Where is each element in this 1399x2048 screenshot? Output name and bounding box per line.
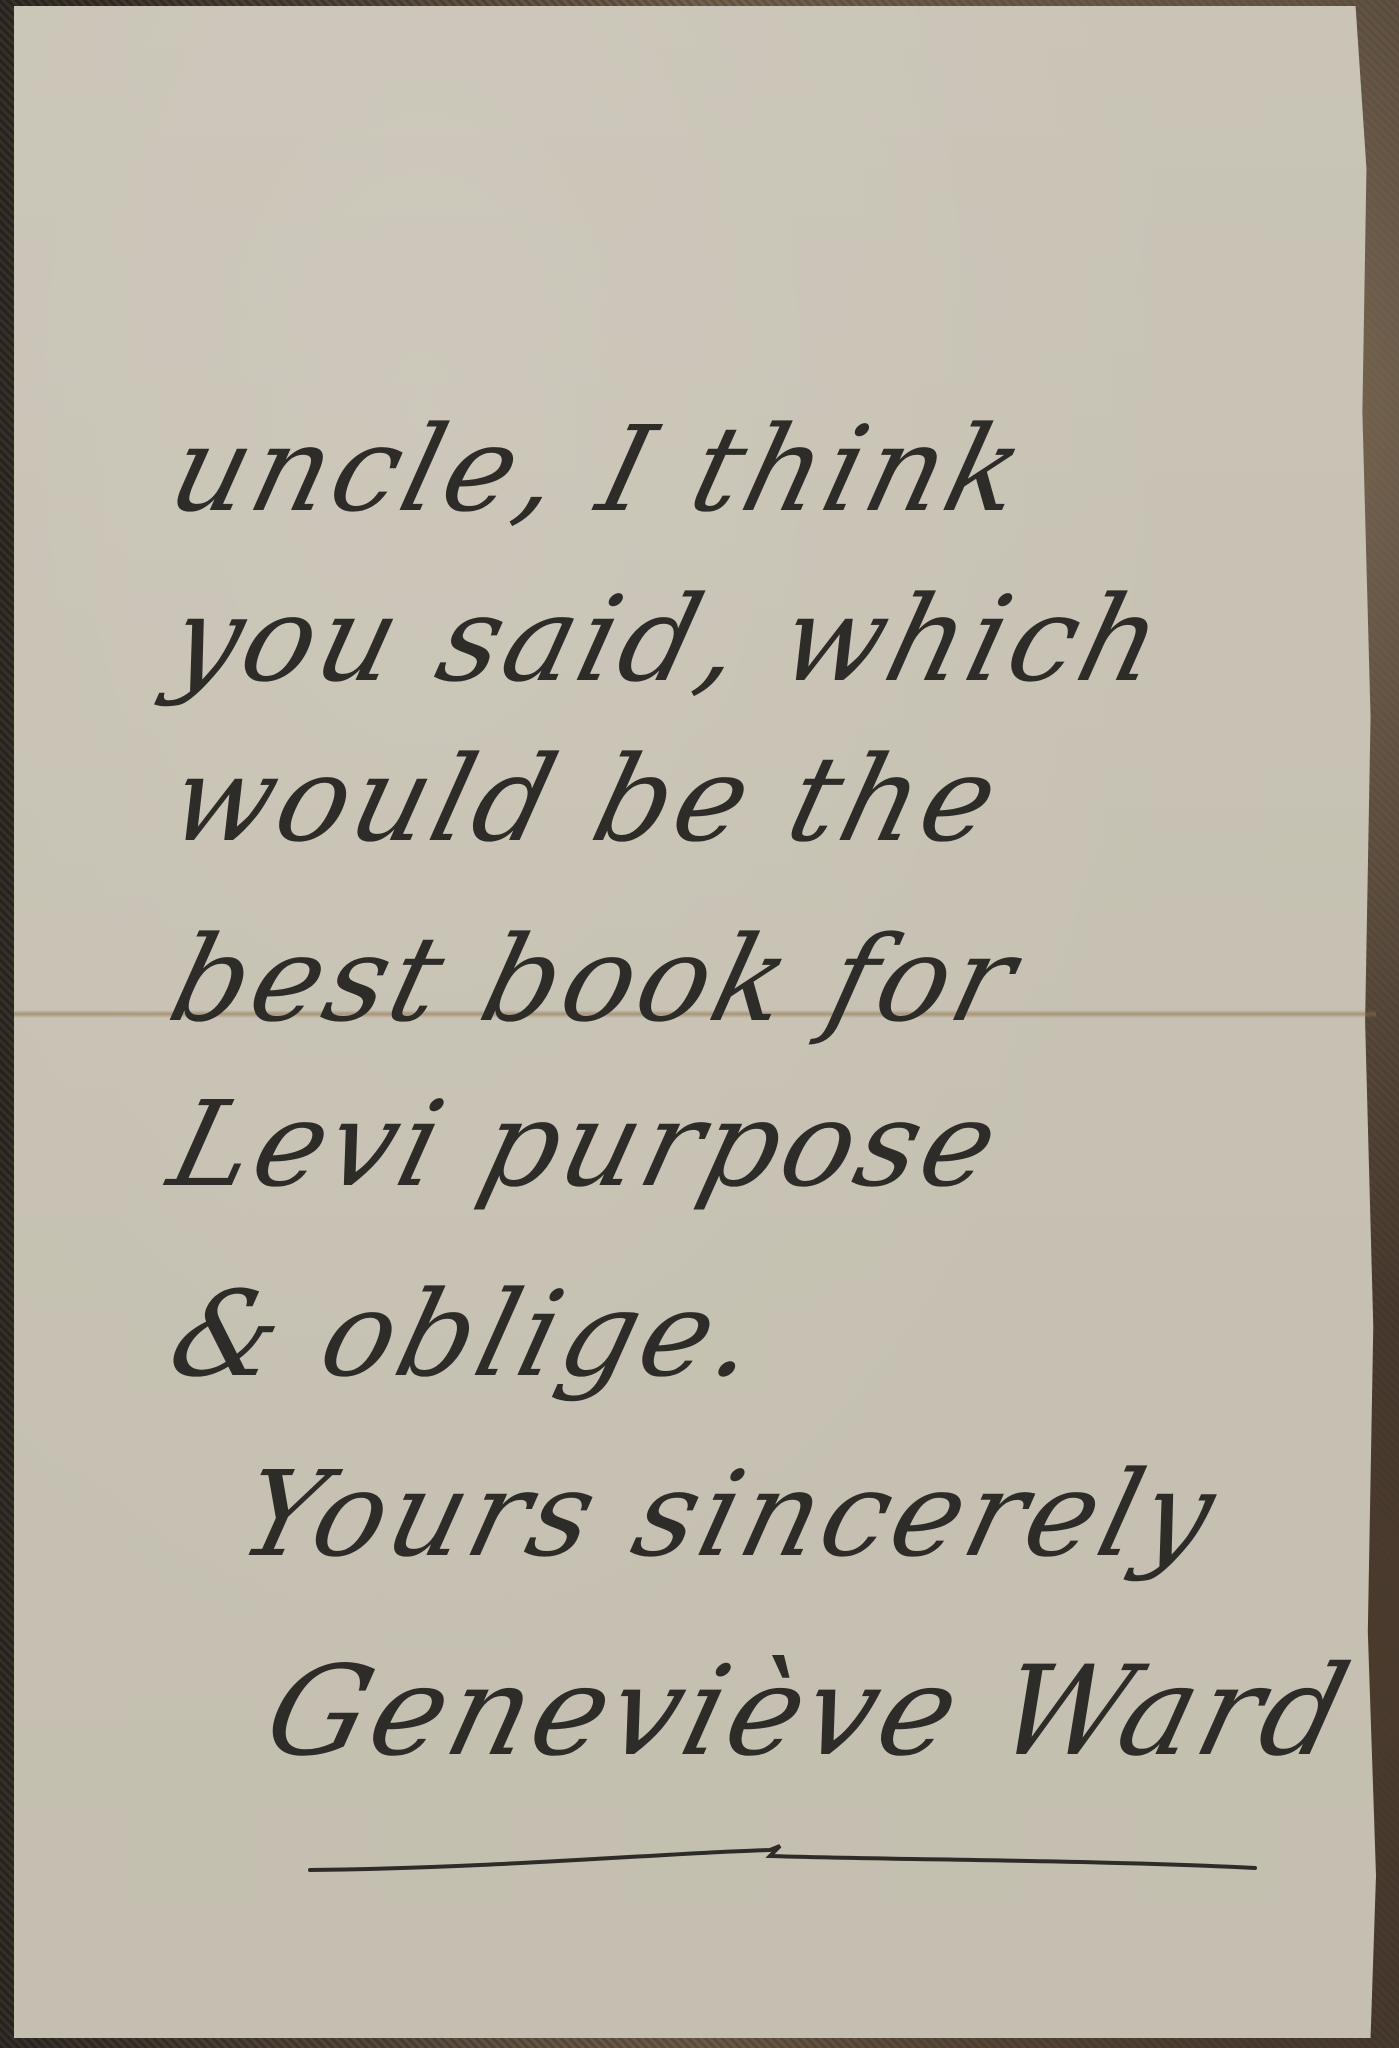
letter-line-5: Levi purpose (160, 1085, 1012, 1203)
show-through-print-2 (90, 315, 101, 340)
letter-line-2: you said, which (160, 580, 1177, 698)
show-through-print-1 (290, 245, 301, 270)
letter-closing: Yours sincerely (230, 1455, 1229, 1573)
letter-line-4: best book for (160, 920, 1030, 1038)
letter-line-3: would be the (160, 740, 1012, 858)
letter-signature: Geneviève Ward (255, 1650, 1363, 1774)
letter-line-6: & oblige. (160, 1275, 773, 1393)
signature-flourish-underline (300, 1842, 1260, 1872)
letter-line-1: uncle, I think (160, 410, 1039, 528)
